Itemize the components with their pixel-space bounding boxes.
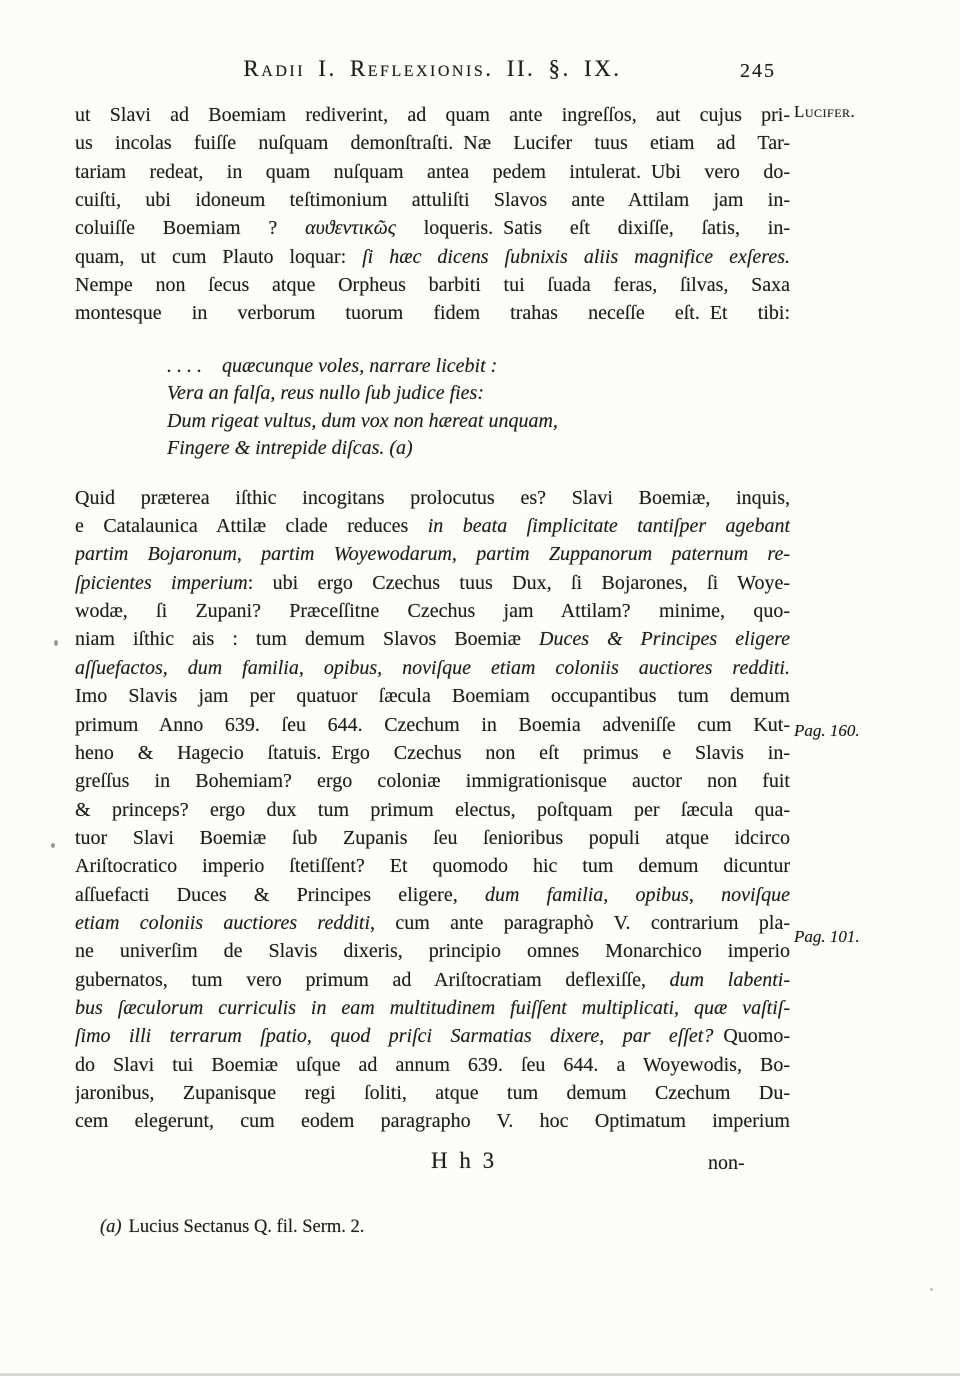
margin-note-pag-160: Pag. 160. — [794, 721, 954, 741]
text-line: Quid præterea iſthic incogitans prolocut… — [75, 484, 790, 512]
text-line: partim Bojaronum, partim Woyewodarum, pa… — [75, 540, 790, 568]
text-line: quam, ut cum Plauto loquar: ſi hæc dicen… — [75, 243, 790, 271]
book-page-scan: Radii I. Reflexionis. II. §. IX. 245 Luc… — [0, 0, 960, 1376]
scan-speck — [930, 1288, 933, 1291]
text-line: niam iſthic ais : tum demum Slavos Boemi… — [75, 625, 790, 653]
text-line: etiam coloniis auctiores redditi, cum an… — [75, 909, 790, 937]
running-header: Radii I. Reflexionis. II. §. IX. — [75, 56, 790, 82]
catchword: non- — [708, 1152, 745, 1175]
page-number: 245 — [740, 60, 776, 83]
text-line: gubernatos, tum vero primum ad Ariſtocra… — [75, 966, 790, 994]
text-line: greſſus in Bohemiam? ergo coloniæ immigr… — [75, 767, 790, 795]
margin-note-pag-101: Pag. 101. — [794, 927, 954, 947]
text-line: tariam redeat, in quam nuſquam antea ped… — [75, 158, 790, 186]
paragraph-2: Quid præterea iſthic incogitans prolocut… — [75, 484, 790, 1136]
footnote-marker: (a) — [100, 1217, 122, 1237]
gathering-signature: H h 3 — [431, 1148, 497, 1174]
paragraph-1: ut Slavi ad Boemiam rediverint, ad quam … — [75, 101, 790, 328]
text-line: heno & Hagecio ſtatuis. Ergo Czechus non… — [75, 739, 790, 767]
text-line: cuiſti, ubi idoneum teſtimonium attuliſt… — [75, 186, 790, 214]
footnote-text: Lucius Sectanus Q. fil. Serm. 2. — [129, 1217, 365, 1237]
text-line: jaronibus, Zupanisque regi ſoliti, atque… — [75, 1079, 790, 1107]
text-line: do Slavi tui Boemiæ uſque ad annum 639. … — [75, 1051, 790, 1079]
text-line: cem elegerunt, cum eodem paragrapho V. h… — [75, 1107, 790, 1135]
text-line: ne univerſim de Slavis dixeris, principi… — [75, 937, 790, 965]
text-line: Vera an falſa, reus nullo ſub judice fie… — [167, 380, 767, 408]
verse-quotation: . . . . quæcunque voles, narrare licebit… — [167, 353, 767, 463]
text-block: ut Slavi ad Boemiam rediverint, ad quam … — [75, 101, 790, 1136]
text-line: bus ſæculorum curriculis in eam multitud… — [75, 994, 790, 1022]
text-line: Dum rigeat vultus, dum vox non hæreat un… — [167, 408, 767, 436]
text-line: & princeps? ergo dux tum primum electus,… — [75, 796, 790, 824]
text-line: tuor Slavi Boemiæ ſub Zupanis ſeu ſenior… — [75, 824, 790, 852]
text-line: Nempe non ſecus atque Orpheus barbiti tu… — [75, 271, 790, 299]
text-line: Fingere & intrepide diſcas. (a) — [167, 435, 767, 463]
text-line: coluiſſe Boemiam ? αυϑεντικῶς loqueris. … — [75, 214, 790, 242]
text-line: ſpicientes imperium: ubi ergo Czechus tu… — [75, 569, 790, 597]
text-line: aſſuefactos, dum familia, opibus, noviſq… — [75, 654, 790, 682]
text-line: Imo Slavis jam per quatuor ſæcula Boemia… — [75, 682, 790, 710]
text-line: montesque in verborum tuorum fidem traha… — [75, 299, 790, 327]
margin-note-lucifer: Lucifer. — [794, 102, 954, 122]
text-line: ſimo illi terrarum ſpatio, quod priſci S… — [75, 1022, 790, 1050]
scan-speck — [51, 843, 55, 848]
text-line: ut Slavi ad Boemiam rediverint, ad quam … — [75, 101, 790, 129]
text-line: us incolas fuiſſe nuſquam demonſtraſti. … — [75, 129, 790, 157]
signature-line: H h 3 non- — [75, 1148, 790, 1182]
text-line: aſſuefacti Duces & Principes eligere, du… — [75, 881, 790, 909]
footnote: (a)Lucius Sectanus Q. fil. Serm. 2. — [100, 1217, 364, 1238]
text-line: Ariſtocratico imperio ſtetiſſent? Et quo… — [75, 852, 790, 880]
text-line: . . . . quæcunque voles, narrare licebit… — [167, 353, 767, 381]
text-line: e Catalaunica Attilæ clade reduces in be… — [75, 512, 790, 540]
text-line: primum Anno 639. ſeu 644. Czechum in Boe… — [75, 711, 790, 739]
scan-speck — [54, 640, 58, 646]
text-line: wodæ, ſi Zupani? Præceſſitne Czechus jam… — [75, 597, 790, 625]
